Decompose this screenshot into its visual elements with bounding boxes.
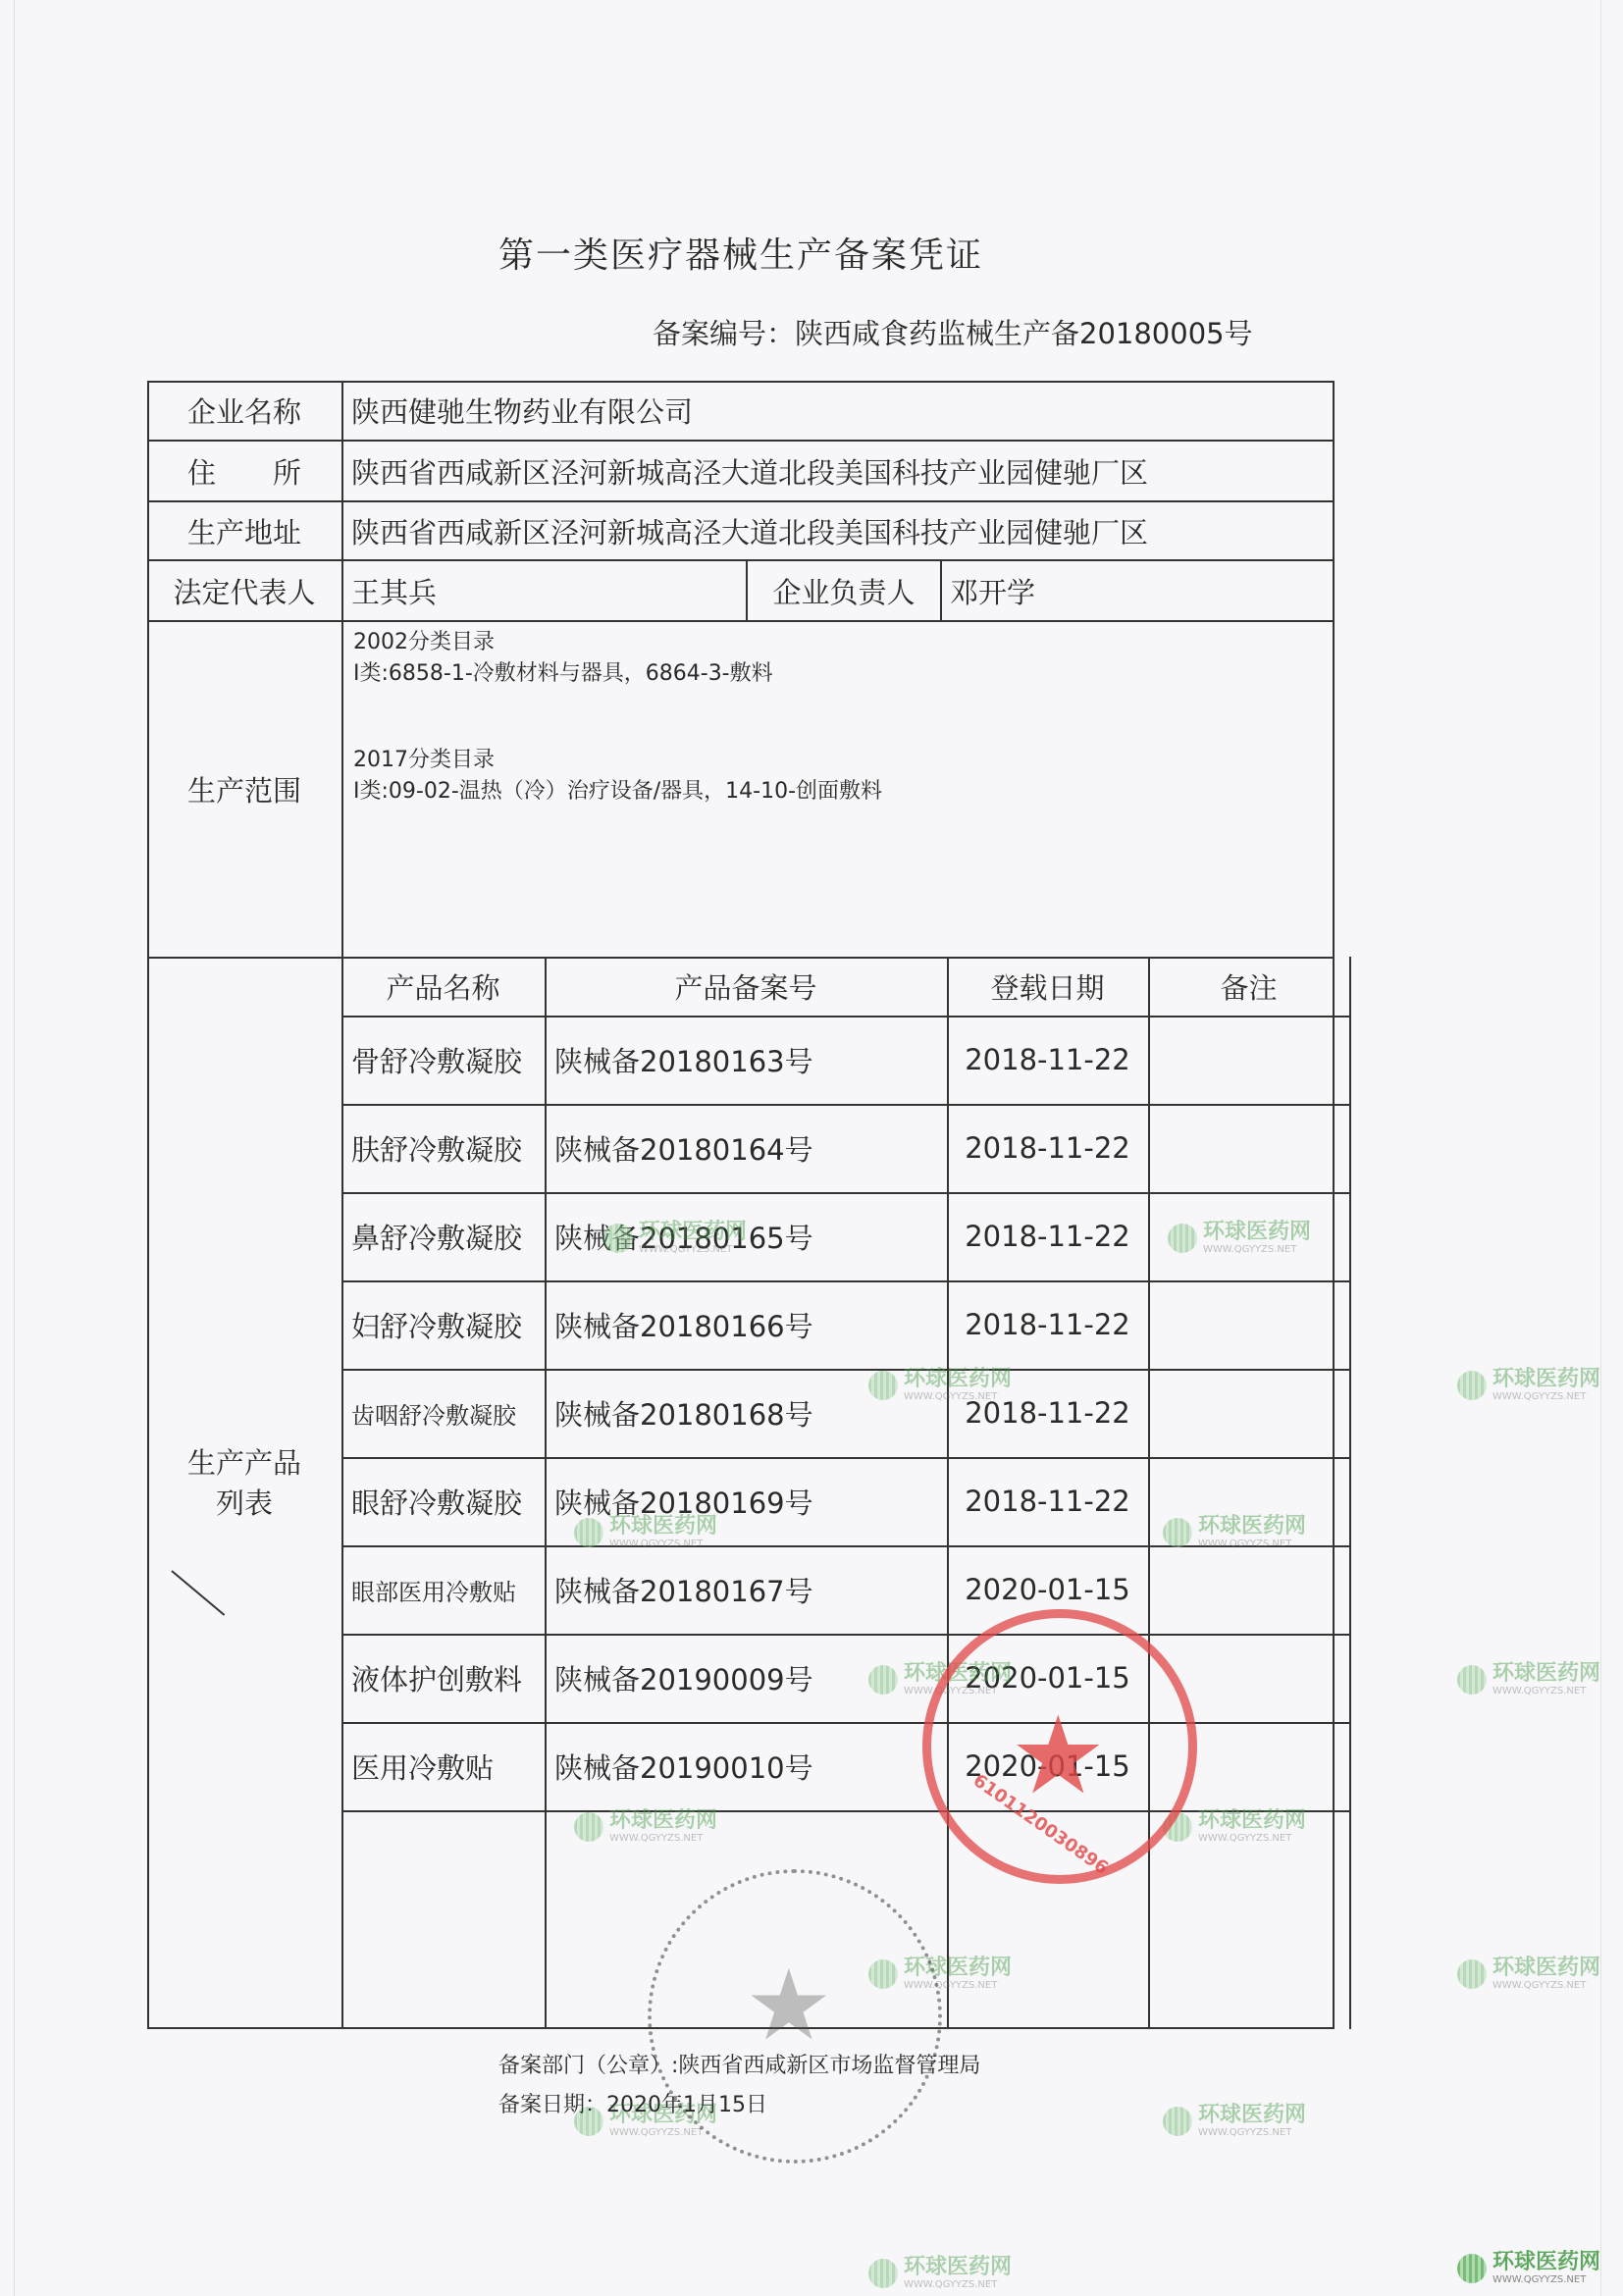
page-edge: [14, 0, 15, 2296]
watermark-cn: 环球医药网: [609, 1810, 717, 1832]
watermark-logo: 环球医药网WWW.QGYYZS.NET: [574, 1810, 717, 1844]
globe-icon: [868, 1665, 898, 1695]
watermark-cn: 环球医药网: [639, 1222, 747, 1243]
seal-star-icon: ★: [745, 1957, 833, 2055]
product-date: 2018-11-22: [947, 1280, 1148, 1369]
watermark-en: WWW.QGYYZS.NET: [609, 1539, 717, 1549]
product-note: [1148, 1104, 1349, 1192]
watermark-en: WWW.QGYYZS.NET: [639, 1245, 747, 1255]
label-production-address: 生产地址: [147, 502, 341, 559]
label-product-list-line2: 列表: [216, 1482, 273, 1522]
globe-icon: [1163, 1518, 1192, 1547]
label-product-list: 生产产品 列表: [147, 1428, 341, 1536]
enterprise-name: 陕西健驰生物药业有限公司: [351, 381, 693, 440]
watermark-en: WWW.QGYYZS.NET: [1203, 1245, 1311, 1255]
globe-icon: [574, 1518, 603, 1547]
company-seal: ★ 6101120030896: [922, 1609, 1197, 1884]
product-date: 2018-11-22: [947, 1192, 1148, 1280]
product-record-number: 陕械备20180168号: [554, 1369, 813, 1457]
production-address: 陕西省西咸新区泾河新城高泾大道北段美国科技产业园健驰厂区: [351, 502, 1148, 559]
globe-icon: [868, 1371, 898, 1400]
watermark-en: WWW.QGYYZS.NET: [904, 1392, 1012, 1402]
watermark-cn: 环球医药网: [1198, 1516, 1306, 1538]
watermark-cn: 环球医药网: [1492, 1369, 1600, 1390]
filing-date: 备案日期：2020年1月15日: [498, 2088, 767, 2118]
watermark-logo: 环球医药网WWW.QGYYZS.NET: [1457, 1663, 1600, 1696]
watermark-cn: 环球医药网: [1198, 2105, 1306, 2126]
product-name: 齿咽舒冷敷凝胶: [351, 1369, 516, 1457]
watermark-logo: 环球医药网WWW.QGYYZS.NET: [868, 2257, 1012, 2290]
document-title: 第一类医疗器械生产备案凭证: [498, 228, 983, 278]
legal-representative: 王其兵: [351, 561, 437, 620]
watermark-cn: 环球医药网: [609, 1516, 717, 1538]
watermark-en: WWW.QGYYZS.NET: [1492, 1981, 1600, 1991]
product-record-number: 陕械备20190009号: [554, 1634, 813, 1722]
watermark-logo: 环球医药网WWW.QGYYZS.NET: [1457, 1957, 1600, 1991]
watermark-logo: 环球医药网WWW.QGYYZS.NET: [1457, 2252, 1600, 2285]
globe-icon: [1163, 2107, 1192, 2136]
label-residence: 住 所: [147, 442, 341, 500]
record-number: 备案编号：陕西咸食药监械生产备20180005号: [653, 312, 1253, 352]
watermark-logo: 环球医药网WWW.QGYYZS.NET: [603, 1222, 747, 1255]
column-header: 登载日期: [947, 957, 1148, 1016]
seal-star-icon: ★: [1010, 1701, 1107, 1809]
label-legal-representative: 法定代表人: [147, 561, 341, 620]
product-name: 妇舒冷敷凝胶: [351, 1280, 522, 1369]
globe-icon: [1457, 1371, 1487, 1400]
globe-icon: [1168, 1224, 1197, 1253]
scope-2017-items: Ⅰ类:09-02-温热（冷）治疗设备/器具，14-10-创面敷料: [353, 775, 882, 809]
product-record-number: 陕械备20180167号: [554, 1545, 813, 1634]
globe-icon: [1457, 1665, 1487, 1695]
label-production-scope: 生产范围: [147, 622, 341, 957]
product-name: 肤舒冷敷凝胶: [351, 1104, 522, 1192]
watermark-en: WWW.QGYYZS.NET: [1492, 1392, 1600, 1402]
watermark-cn: 环球医药网: [904, 2257, 1012, 2278]
product-note: [1148, 1545, 1349, 1634]
product-record-number: 陕械备20180163号: [554, 1016, 813, 1104]
residence: 陕西省西咸新区泾河新城高泾大道北段美国科技产业园健驰厂区: [351, 442, 1148, 500]
watermark-cn: 环球医药网: [1492, 1957, 1600, 1979]
product-name: 鼻舒冷敷凝胶: [351, 1192, 522, 1280]
label-product-list-line1: 生产产品: [187, 1441, 301, 1482]
filing-department: 备案部门（公章）:陕西省西咸新区市场监督管理局: [498, 2049, 980, 2079]
watermark-logo: 环球医药网WWW.QGYYZS.NET: [1163, 2105, 1306, 2138]
watermark-en: WWW.QGYYZS.NET: [1492, 2275, 1600, 2285]
scope-2002-items: Ⅰ类:6858-1-冷敷材料与器具，6864-3-敷料: [353, 657, 773, 691]
watermark-cn: 环球医药网: [1492, 1663, 1600, 1685]
page-edge: [1600, 0, 1601, 2296]
product-record-number: 陕械备20180166号: [554, 1280, 813, 1369]
watermark-en: WWW.QGYYZS.NET: [609, 1834, 717, 1844]
label-enterprise-name: 企业名称: [147, 381, 341, 440]
person-in-charge: 邓开学: [950, 561, 1035, 620]
watermark-cn: 环球医药网: [1198, 1810, 1306, 1832]
product-record-number: 陕械备20190010号: [554, 1722, 813, 1810]
product-name: 医用冷敷贴: [351, 1722, 494, 1810]
product-name: 眼部医用冷敷贴: [351, 1545, 516, 1634]
watermark-en: WWW.QGYYZS.NET: [1198, 1834, 1306, 1844]
product-note: [1148, 1280, 1349, 1369]
label-person-in-charge: 企业负责人: [748, 561, 940, 620]
watermark-logo: 环球医药网WWW.QGYYZS.NET: [1163, 1810, 1306, 1844]
watermark-cn: 环球医药网: [904, 1369, 1012, 1390]
grid-line: [1349, 957, 1351, 2029]
globe-icon: [574, 1812, 603, 1842]
column-header: 产品备案号: [545, 957, 947, 1016]
product-name: 骨舒冷敷凝胶: [351, 1016, 522, 1104]
watermark-en: WWW.QGYYZS.NET: [1198, 1539, 1306, 1549]
watermark-cn: 环球医药网: [1492, 2252, 1600, 2273]
globe-icon: [1457, 2254, 1487, 2283]
globe-icon: [1457, 1959, 1487, 1989]
watermark-logo: 环球医药网WWW.QGYYZS.NET: [1168, 1222, 1311, 1255]
watermark-logo: 环球医药网WWW.QGYYZS.NET: [1163, 1516, 1306, 1549]
watermark-cn: 环球医药网: [1203, 1222, 1311, 1243]
scope-2017-title: 2017分类目录: [353, 744, 495, 777]
column-header: 备注: [1148, 957, 1349, 1016]
product-name: 液体护创敷料: [351, 1634, 522, 1722]
watermark-en: WWW.QGYYZS.NET: [904, 2280, 1012, 2290]
product-note: [1148, 1369, 1349, 1457]
product-date: 2018-11-22: [947, 1016, 1148, 1104]
watermark-en: WWW.QGYYZS.NET: [1492, 1687, 1600, 1696]
watermark-logo: 环球医药网WWW.QGYYZS.NET: [1457, 1369, 1600, 1402]
product-date: 2018-11-22: [947, 1457, 1148, 1545]
watermark-en: WWW.QGYYZS.NET: [1198, 2128, 1306, 2138]
globe-icon: [603, 1224, 633, 1253]
product-date: 2018-11-22: [947, 1104, 1148, 1192]
globe-icon: [868, 2259, 898, 2288]
product-name: 眼舒冷敷凝胶: [351, 1457, 522, 1545]
product-note: [1148, 1016, 1349, 1104]
product-record-number: 陕械备20180164号: [554, 1104, 813, 1192]
watermark-logo: 环球医药网WWW.QGYYZS.NET: [868, 1369, 1012, 1402]
scope-2002-title: 2002分类目录: [353, 626, 495, 659]
department-seal: ★: [648, 1869, 942, 2164]
watermark-logo: 环球医药网WWW.QGYYZS.NET: [574, 1516, 717, 1549]
column-header: 产品名称: [341, 957, 545, 1016]
